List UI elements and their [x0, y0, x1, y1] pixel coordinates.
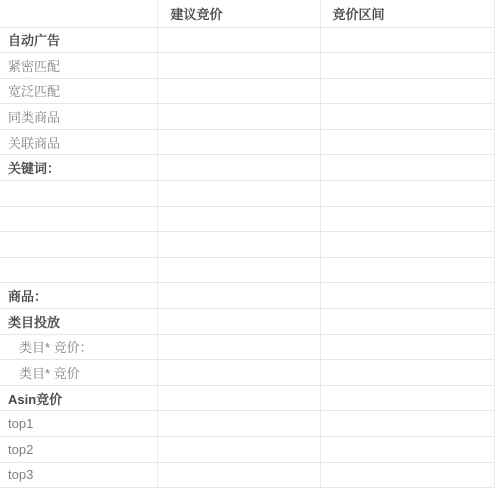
suggested-bid-cell[interactable] — [157, 155, 320, 181]
table-row: Asin竞价 — [0, 385, 494, 411]
row-label-cell[interactable] — [0, 206, 157, 232]
suggested-bid-cell[interactable] — [157, 129, 320, 155]
bid-range-cell[interactable] — [320, 129, 494, 155]
header-row: 建议竞价 竞价区间 — [0, 0, 494, 27]
bid-range-cell[interactable] — [320, 27, 494, 53]
table-row: 类目投放 — [0, 309, 494, 335]
table-row: 同类商品 — [0, 104, 494, 130]
table-row — [0, 206, 494, 232]
bid-range-cell[interactable] — [320, 411, 494, 437]
bid-range-cell[interactable] — [320, 283, 494, 309]
row-label-cell[interactable]: 类目* 竞价 — [0, 360, 157, 386]
row-label-cell[interactable]: 同类商品 — [0, 104, 157, 130]
table-row: top1 — [0, 411, 494, 437]
suggested-bid-cell[interactable] — [157, 309, 320, 335]
row-label-cell[interactable] — [0, 181, 157, 207]
header-corner-cell[interactable] — [0, 0, 157, 27]
bid-range-cell[interactable] — [320, 232, 494, 258]
row-label-cell[interactable]: top2 — [0, 437, 157, 463]
row-label-cell[interactable] — [0, 232, 157, 258]
table-row: 商品： — [0, 283, 494, 309]
table-row: top3 — [0, 462, 494, 488]
row-label-cell[interactable]: 宽泛匹配 — [0, 78, 157, 104]
bid-range-cell[interactable] — [320, 155, 494, 181]
bid-range-cell[interactable] — [320, 53, 494, 79]
bid-range-cell[interactable] — [320, 104, 494, 130]
suggested-bid-cell[interactable] — [157, 27, 320, 53]
table-row: 关联商品 — [0, 129, 494, 155]
suggested-bid-cell[interactable] — [157, 462, 320, 488]
suggested-bid-cell[interactable] — [157, 181, 320, 207]
suggested-bid-cell[interactable] — [157, 334, 320, 360]
suggested-bid-cell[interactable] — [157, 104, 320, 130]
table-row: 类目* 竞价 — [0, 360, 494, 386]
row-label-cell[interactable]: 自动广告 — [0, 27, 157, 53]
bid-range-cell[interactable] — [320, 462, 494, 488]
bid-range-cell[interactable] — [320, 360, 494, 386]
bid-range-cell[interactable] — [320, 257, 494, 283]
row-label-cell[interactable]: 类目* 竞价： — [0, 334, 157, 360]
suggested-bid-cell[interactable] — [157, 257, 320, 283]
table-row: 紧密匹配 — [0, 53, 494, 79]
table-row: top2 — [0, 437, 494, 463]
bid-range-cell[interactable] — [320, 181, 494, 207]
suggested-bid-cell[interactable] — [157, 232, 320, 258]
bid-table: 建议竞价 竞价区间 自动广告 紧密匹配 宽泛匹配 同类商品 关联商品 — [0, 0, 495, 488]
header-bid-range[interactable]: 竞价区间 — [320, 0, 494, 27]
suggested-bid-cell[interactable] — [157, 360, 320, 386]
row-label-cell[interactable]: top3 — [0, 462, 157, 488]
table-row: 类目* 竞价： — [0, 334, 494, 360]
table-row: 自动广告 — [0, 27, 494, 53]
row-label-cell[interactable]: 关键词： — [0, 155, 157, 181]
row-label-cell[interactable] — [0, 257, 157, 283]
row-label-cell[interactable]: 关联商品 — [0, 129, 157, 155]
table-row — [0, 181, 494, 207]
bid-range-cell[interactable] — [320, 437, 494, 463]
suggested-bid-cell[interactable] — [157, 78, 320, 104]
bid-range-cell[interactable] — [320, 385, 494, 411]
bid-range-cell[interactable] — [320, 309, 494, 335]
table-row: 关键词： — [0, 155, 494, 181]
suggested-bid-cell[interactable] — [157, 385, 320, 411]
row-label-cell[interactable]: 紧密匹配 — [0, 53, 157, 79]
suggested-bid-cell[interactable] — [157, 437, 320, 463]
suggested-bid-cell[interactable] — [157, 206, 320, 232]
suggested-bid-cell[interactable] — [157, 53, 320, 79]
row-label-cell[interactable]: 类目投放 — [0, 309, 157, 335]
row-label-cell[interactable]: 商品： — [0, 283, 157, 309]
bid-range-cell[interactable] — [320, 78, 494, 104]
table-row: 宽泛匹配 — [0, 78, 494, 104]
bid-range-cell[interactable] — [320, 206, 494, 232]
table-row — [0, 257, 494, 283]
header-suggested-bid[interactable]: 建议竞价 — [157, 0, 320, 27]
bid-range-cell[interactable] — [320, 334, 494, 360]
row-label-cell[interactable]: top1 — [0, 411, 157, 437]
suggested-bid-cell[interactable] — [157, 411, 320, 437]
table-row — [0, 232, 494, 258]
row-label-cell[interactable]: Asin竞价 — [0, 385, 157, 411]
suggested-bid-cell[interactable] — [157, 283, 320, 309]
